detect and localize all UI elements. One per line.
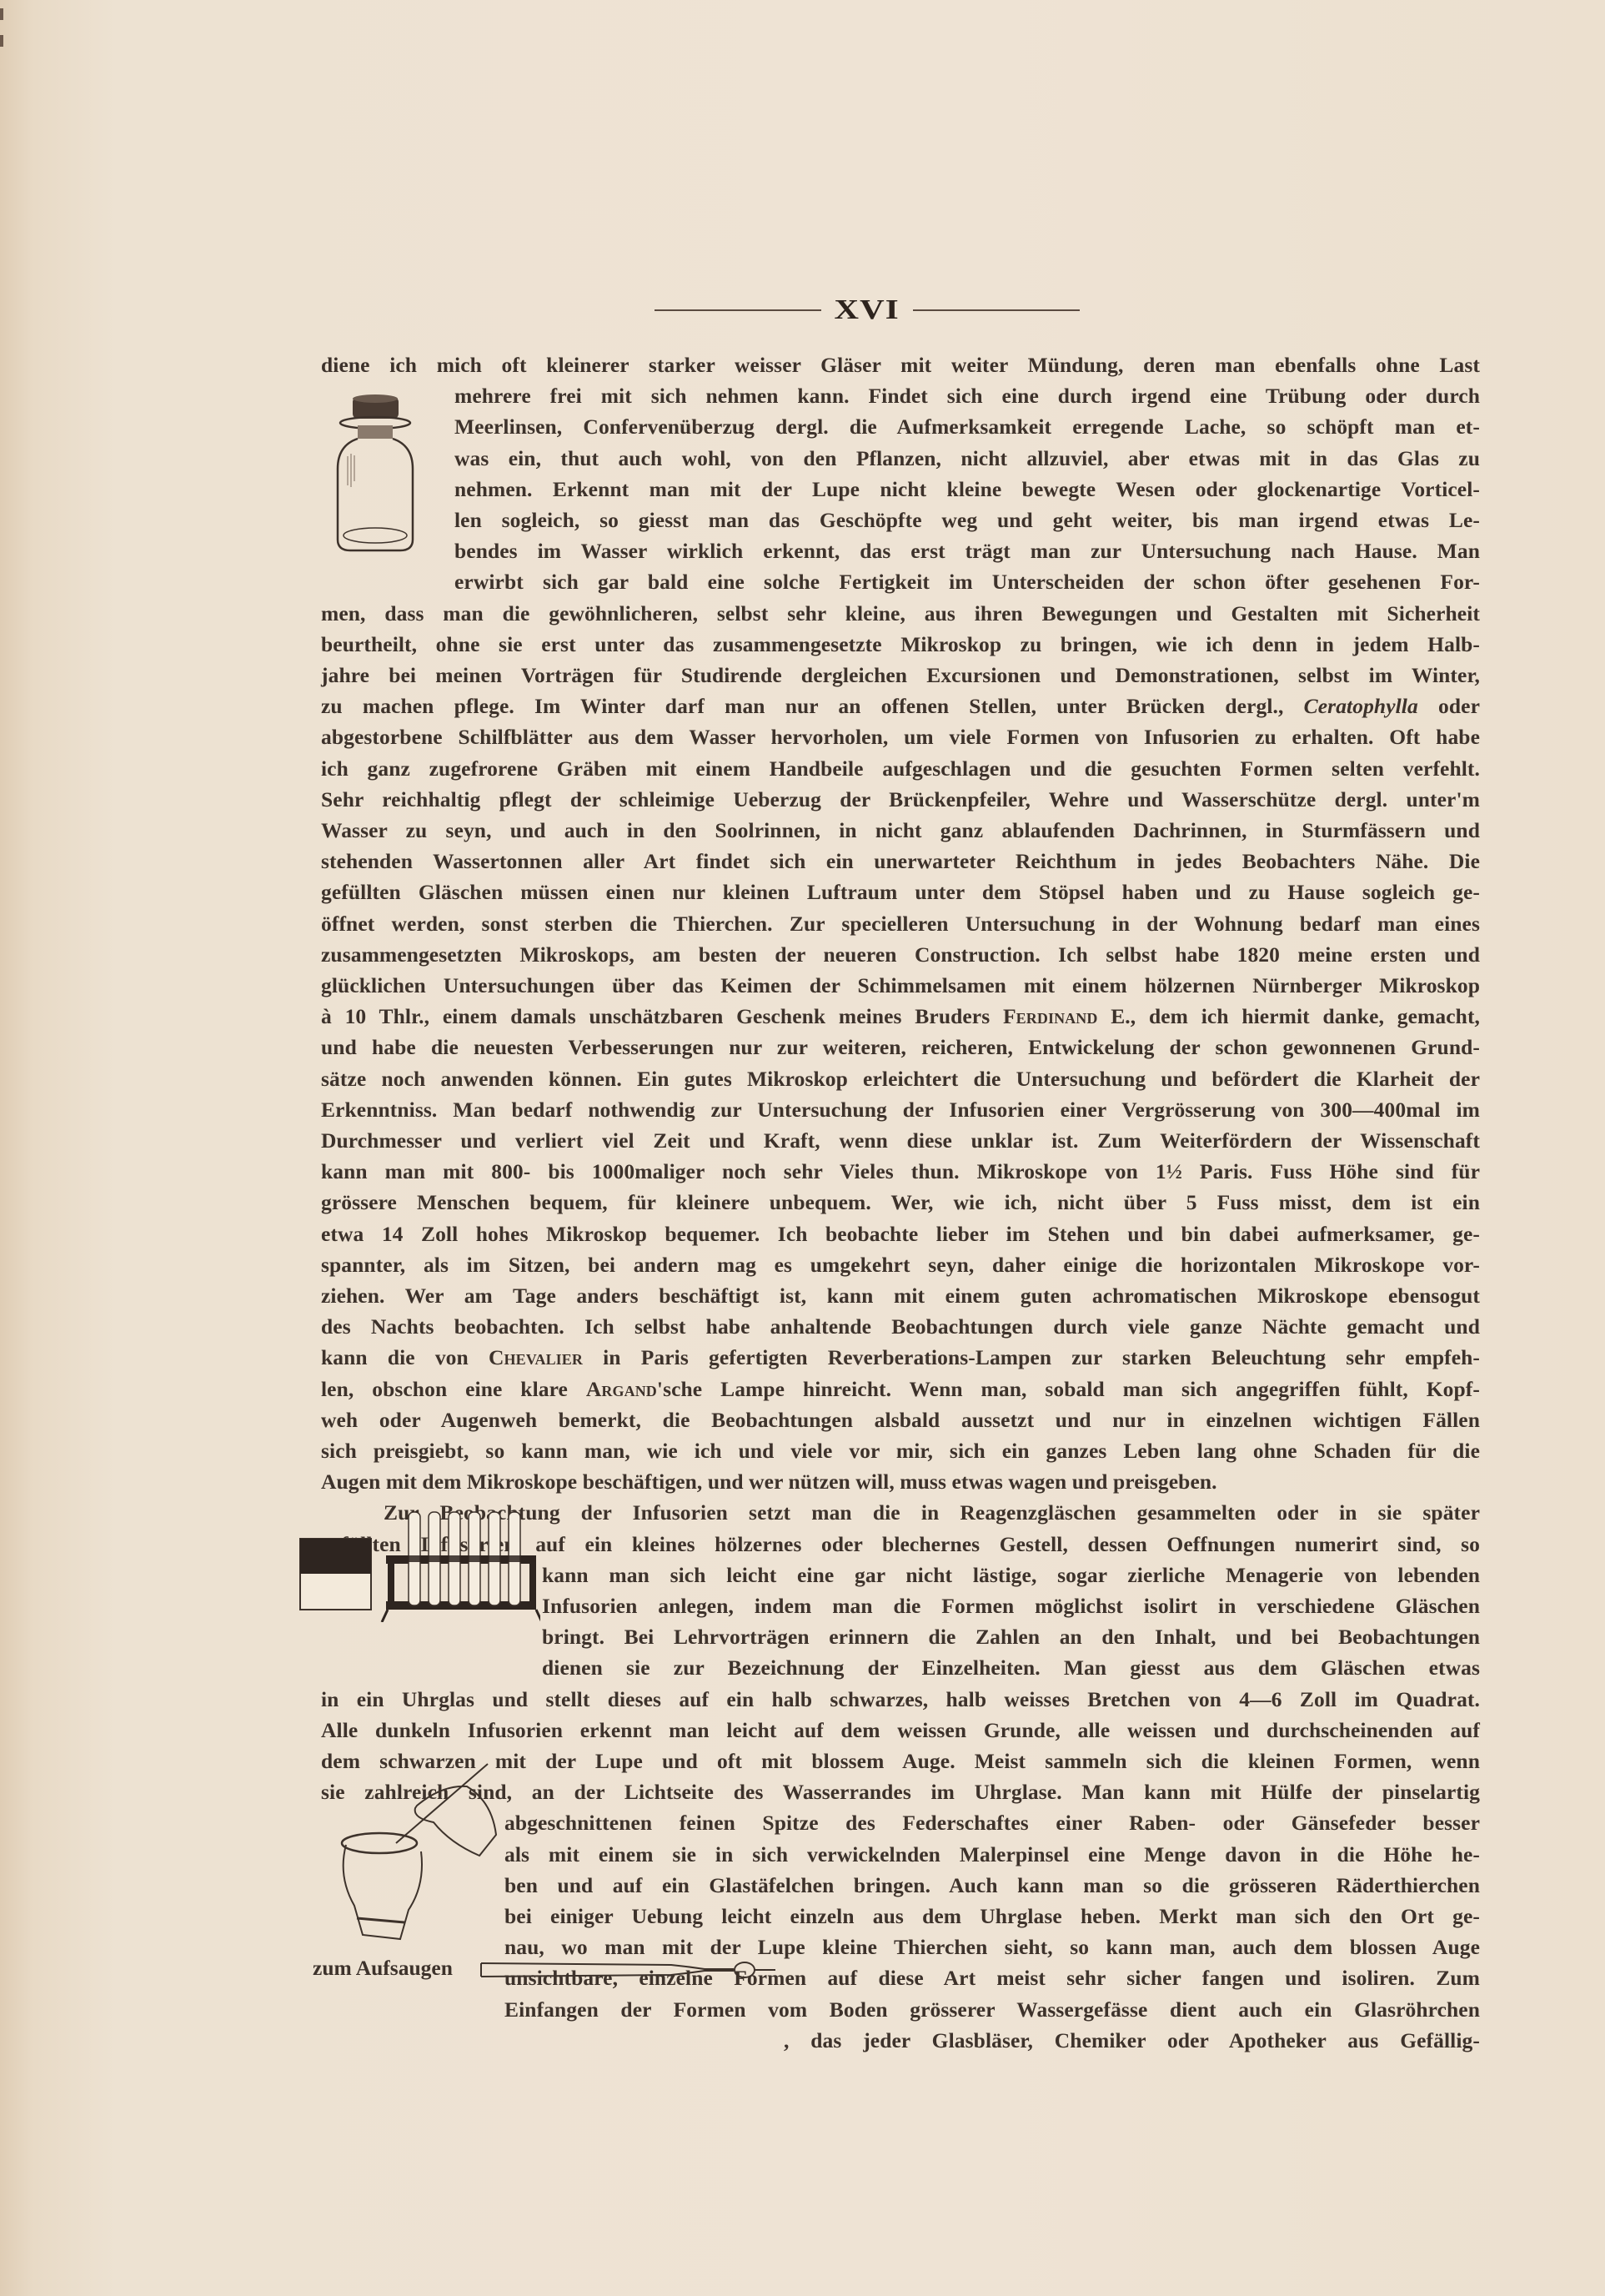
test-tube-rack-icon <box>298 1505 540 1622</box>
book-page: XVI diene ich mich oft kleinerer starker… <box>0 0 1605 2296</box>
text-line: Alle dunkeln Infusorien erkennt man leic… <box>321 1716 1480 1746</box>
text-line: spannter, als im Sitzen, bei andern mag … <box>321 1250 1480 1280</box>
hands-watch-glass-icon <box>317 1751 500 1943</box>
text-line: weh oder Augenweh bemerkt, die Beobachtu… <box>321 1405 1480 1435</box>
text-line: was ein, thut auch wohl, von den Pflanze… <box>454 444 1480 474</box>
text-line: in ein Uhrglas und stellt dieses auf ein… <box>321 1685 1480 1715</box>
text-line: des Nachts beobachten. Ich selbst habe a… <box>321 1312 1480 1342</box>
text-line: sich preisgiebt, so kann man, wie ich un… <box>321 1436 1480 1466</box>
text-line: und habe die neuesten Verbesserungen nur… <box>321 1032 1480 1063</box>
text-line: öffnet werden, sonst sterben die Thierch… <box>321 909 1480 939</box>
text-line: stehenden Wassertonnen aller Art findet … <box>321 847 1480 877</box>
text-line: erwirbt sich gar bald eine solche Fertig… <box>454 567 1480 597</box>
text-line: gefüllten Gläschen müssen einen nur klei… <box>321 877 1480 907</box>
text-line: Meerlinsen, Conferven­überzug dergl. die… <box>454 412 1480 442</box>
text-line: mehrere frei mit sich nehmen kann. Finde… <box>454 381 1480 411</box>
text-line: als mit einem sie in sich verwickelnden … <box>504 1840 1480 1870</box>
text-line: Augen mit dem Mikroskope beschäftigen, u… <box>321 1467 1480 1497</box>
text-line: bringt. Bei Lehrvorträgen erinnern die Z… <box>542 1622 1480 1652</box>
header-rule-left <box>655 309 821 311</box>
text-line: Durchmesser und verliert viel Zeit und K… <box>321 1126 1480 1156</box>
edge-mark <box>0 35 3 47</box>
text-line: abgestorbene Schilfblätter aus dem Wasse… <box>321 722 1480 752</box>
text-line: zu machen pflege. Im Winter darf man nur… <box>321 691 1480 721</box>
text-line: etwa 14 Zoll hohes Mikroskop bequemer. I… <box>321 1219 1480 1249</box>
text-line: Zur Beobachtung der Infusorien setzt man… <box>384 1498 1480 1528</box>
text-line: sätze noch anwenden können. Ein gutes Mi… <box>321 1064 1480 1094</box>
text-line: nau, wo man mit der Lupe kleine Thierche… <box>504 1932 1480 1962</box>
text-line: glücklichen Untersuchungen über das Keim… <box>321 971 1480 1001</box>
text-line: Infusorien anlegen, indem man die Formen… <box>542 1591 1480 1621</box>
text-line: kann die von Chevalier in Paris gefertig… <box>321 1343 1480 1373</box>
text-line: , das jeder Glasbläser, Chemiker oder Ap… <box>784 2026 1480 2056</box>
text-line: bendes im Wasser wirklich erkennt, das e… <box>454 536 1480 566</box>
page-number: XVI <box>835 294 900 326</box>
text-line: dienen sie zur Bezeichnung der Einzelhei… <box>542 1653 1480 1683</box>
page-header: XVI <box>634 294 1101 327</box>
text-line: men, dass man die gewöhnlicheren, selbst… <box>321 599 1480 629</box>
text-line: Sehr reichhaltig pflegt der schleimige U… <box>321 785 1480 815</box>
text-line: ben und auf ein Glastäfelchen bringen. A… <box>504 1871 1480 1901</box>
text-line: diene ich mich oft kleinerer starker wei… <box>321 350 1480 380</box>
text-line: Erkenntniss. Man bedarf nothwendig zur U… <box>321 1095 1480 1125</box>
text-line: kann man sich leicht eine gar nicht läst… <box>542 1560 1480 1590</box>
text-line: grössere Menschen bequem, für kleinere u… <box>321 1188 1480 1218</box>
glass-jar-icon <box>329 394 421 556</box>
text-line: nehmen. Erkennt man mit der Lupe nicht k… <box>454 475 1480 505</box>
text-line: len sogleich, so giesst man das Geschöpf… <box>454 505 1480 535</box>
text-line: ich ganz zugefrorene Gräben mit einem Ha… <box>321 754 1480 784</box>
text-line: jahre bei meinen Vorträgen für Studirend… <box>321 661 1480 691</box>
edge-mark <box>0 8 3 20</box>
text-line: kann man mit 800- bis 1000maliger noch s… <box>321 1157 1480 1187</box>
glass-tube-icon <box>479 1960 780 1980</box>
text-line: zusammengesetzten Mikroskops, am besten … <box>321 940 1480 970</box>
text-line: Einfangen der Formen vom Boden grösserer… <box>504 1995 1480 2025</box>
header-rule-right <box>913 309 1080 311</box>
text-line: à 10 Thlr., einem damals unschätzbaren G… <box>321 1002 1480 1032</box>
tube-label: zum Aufsaugen <box>313 1953 453 1983</box>
text-line: abgeschnittenen feinen Spitze des Feders… <box>504 1808 1480 1838</box>
text-line: beurtheilt, ohne sie erst unter das zusa… <box>321 630 1480 660</box>
text-line: len, obschon eine klare Argand'sche Lamp… <box>321 1374 1480 1404</box>
text-line: bei einiger Uebung leicht einzeln aus de… <box>504 1902 1480 1932</box>
text-line: ziehen. Wer am Tage anders beschäftigt i… <box>321 1281 1480 1311</box>
text-line: Wasser zu seyn, und auch in den Soolrinn… <box>321 816 1480 846</box>
